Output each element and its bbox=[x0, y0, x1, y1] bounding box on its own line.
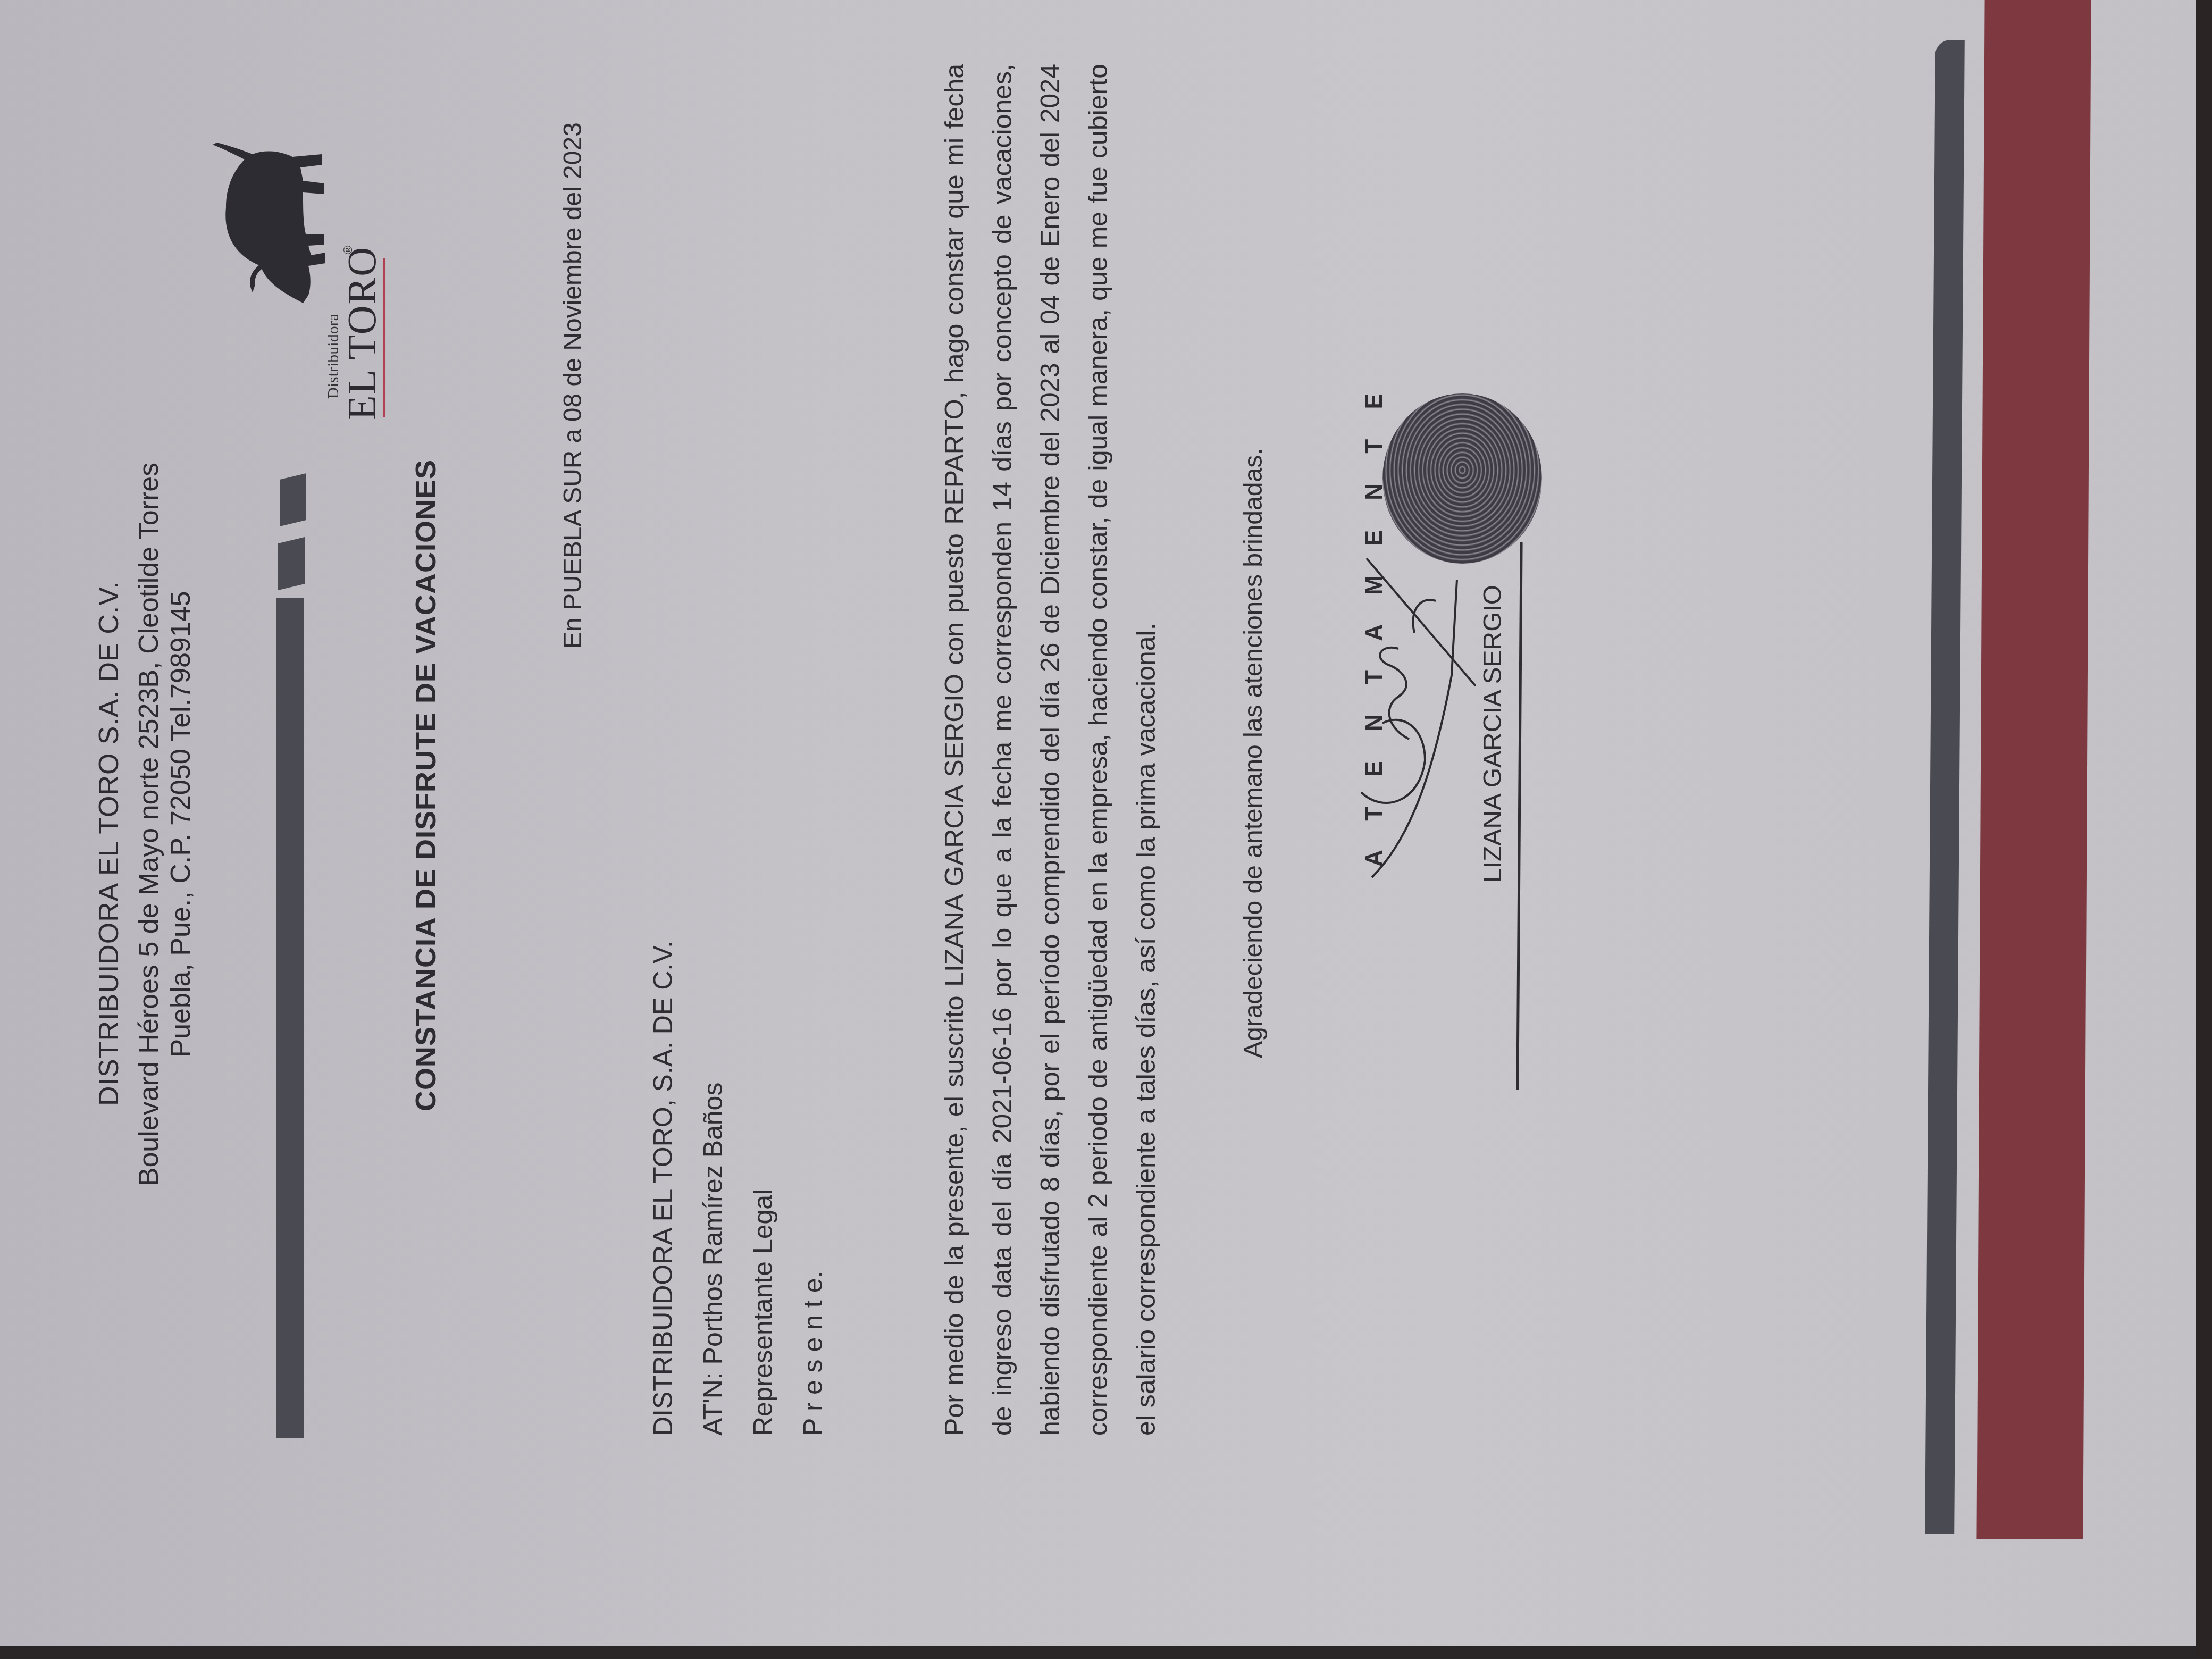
company-logo: Distribuidora EL TORO ® bbox=[202, 122, 372, 420]
addressee-block: DISTRIBUIDORA EL TORO, S.A. DE C.V. AT'N… bbox=[638, 941, 838, 1436]
signature-line bbox=[1516, 542, 1522, 1090]
addressee-role: Representante Legal bbox=[738, 941, 788, 1436]
date-line: En PUEBLA SUR a 08 de Noviembre del 2023 bbox=[558, 122, 588, 649]
signer-name: LIZANA GARCIA SERGIO bbox=[1478, 585, 1507, 883]
body-paragraph: Por medio de la presente, el suscrito LI… bbox=[931, 64, 1170, 1436]
addressee-greeting: P r e s e n t e. bbox=[788, 941, 838, 1436]
letterhead-address-line-1: Boulevard Héroes 5 de Mayo norte 2523B, … bbox=[133, 399, 165, 1250]
logo-brand: EL TORO bbox=[339, 246, 386, 420]
closing-line: Agradeciendo de antemano las atenciones … bbox=[1239, 448, 1268, 1058]
addressee-attention: AT'N: Porthos Ramírez Baños bbox=[688, 941, 738, 1436]
addressee-company: DISTRIBUIDORA EL TORO, S.A. DE C.V. bbox=[638, 941, 688, 1436]
logo-registered-mark: ® bbox=[341, 246, 355, 254]
handwritten-signature bbox=[1351, 526, 1489, 899]
fingerprint-mark bbox=[1382, 393, 1542, 564]
letterhead-address: Boulevard Héroes 5 de Mayo norte 2523B, … bbox=[133, 399, 197, 1250]
bull-silhouette-icon bbox=[202, 138, 330, 314]
document-sheet: DISTRIBUIDORA EL TORO S.A. DE C.V. Boule… bbox=[0, 0, 2212, 1659]
letterhead-company: DISTRIBUIDORA EL TORO S.A. DE C.V. bbox=[93, 581, 125, 1106]
logo-tagline-line bbox=[383, 258, 385, 417]
document-title: CONSTANCIA DE DISFRUTE DE VACACIONES bbox=[409, 459, 442, 1111]
letterhead-address-line-2: Puebla, Pue., C.P. 72050 Tel.7989145 bbox=[165, 399, 197, 1250]
